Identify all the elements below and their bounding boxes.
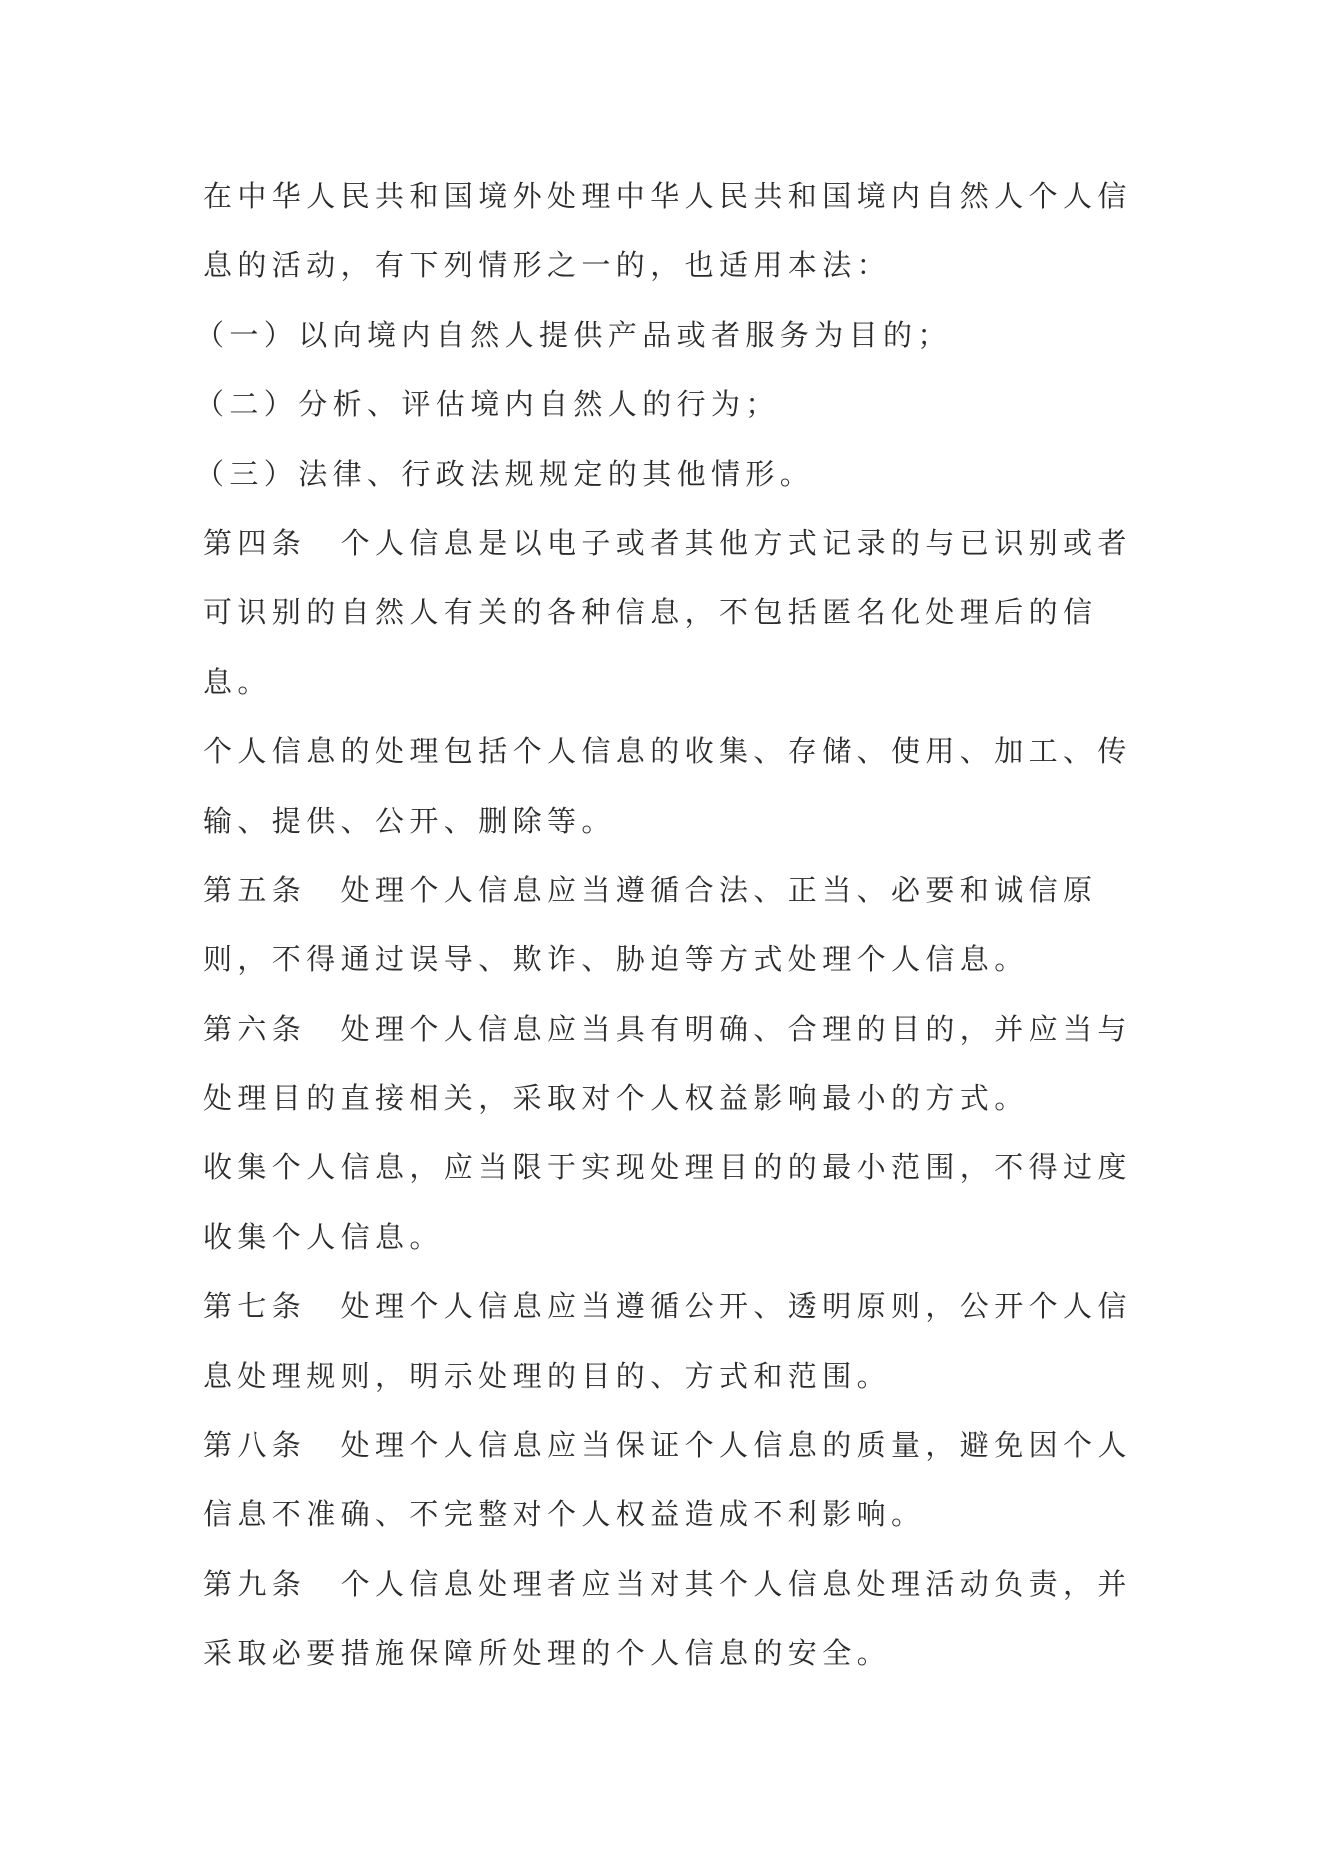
document-page: 在中华人民共和国境外处理中华人民共和国境内自然人个人信 息的活动，有下列情形之一…: [0, 0, 1323, 1871]
article-7-line-2: 息处理规则，明示处理的目的、方式和范围。: [203, 1342, 1123, 1411]
article-4-line-1: 第四条 个人信息是以电子或者其他方式记录的与已识别或者: [203, 509, 1123, 578]
article-8-line-1: 第八条 处理个人信息应当保证个人信息的质量，避免因个人: [203, 1411, 1123, 1480]
article-8-line-2: 信息不准确、不完整对个人权益造成不利影响。: [203, 1480, 1123, 1549]
article-4-line-2: 可识别的自然人有关的各种信息，不包括匿名化处理后的信: [203, 578, 1123, 647]
article-9-line-2: 采取必要措施保障所处理的个人信息的安全。: [203, 1619, 1123, 1688]
article-4-para-2-line-1: 个人信息的处理包括个人信息的收集、存储、使用、加工、传: [203, 717, 1123, 786]
article-7-line-1: 第七条 处理个人信息应当遵循公开、透明原则，公开个人信: [203, 1272, 1123, 1341]
article-6-line-2: 处理目的直接相关，采取对个人权益影响最小的方式。: [203, 1064, 1123, 1133]
article-6-para-2-line-1: 收集个人信息，应当限于实现处理目的的最小范围，不得过度: [203, 1133, 1123, 1202]
article-6-para-2-line-2: 收集个人信息。: [203, 1203, 1123, 1272]
list-item-1: （一）以向境内自然人提供产品或者服务为目的；: [195, 301, 1123, 370]
list-item-2: （二）分析、评估境内自然人的行为；: [195, 370, 1123, 439]
article-5-line-2: 则，不得通过误导、欺诈、胁迫等方式处理个人信息。: [203, 925, 1123, 994]
article-4-line-3: 息。: [203, 648, 1123, 717]
article-4-para-2-line-2: 输、提供、公开、删除等。: [203, 787, 1123, 856]
article-9-line-1: 第九条 个人信息处理者应当对其个人信息处理活动负责，并: [203, 1550, 1123, 1619]
paragraph-extraterritorial-line-2: 息的活动，有下列情形之一的，也适用本法：: [203, 231, 1123, 300]
article-6-line-1: 第六条 处理个人信息应当具有明确、合理的目的，并应当与: [203, 995, 1123, 1064]
article-5-line-1: 第五条 处理个人信息应当遵循合法、正当、必要和诚信原: [203, 856, 1123, 925]
paragraph-extraterritorial-line-1: 在中华人民共和国境外处理中华人民共和国境内自然人个人信: [203, 162, 1123, 231]
list-item-3: （三）法律、行政法规规定的其他情形。: [195, 440, 1123, 509]
document-body: 在中华人民共和国境外处理中华人民共和国境内自然人个人信 息的活动，有下列情形之一…: [203, 162, 1123, 1689]
